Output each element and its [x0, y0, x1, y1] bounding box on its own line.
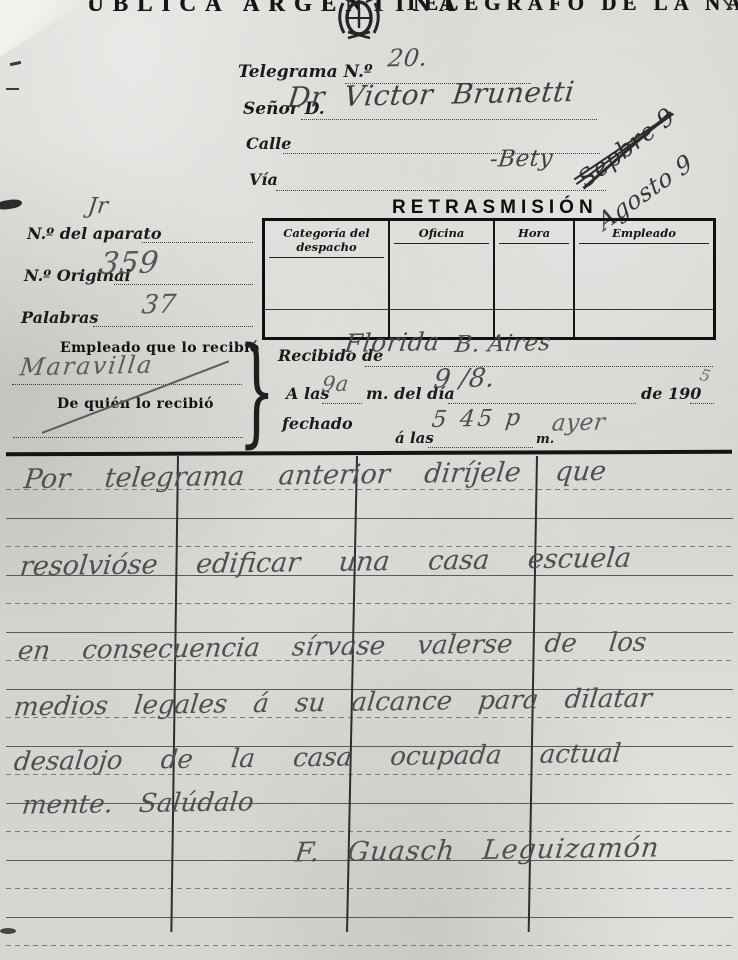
dia-line	[448, 403, 636, 404]
aparato-label: N.º del aparato	[27, 224, 162, 243]
recibido-de-place: Florida	[343, 327, 441, 358]
aparato-line	[142, 242, 253, 243]
header-underline	[579, 243, 709, 244]
message-line: resolvióse edificar una casa escuela	[18, 543, 632, 583]
original-number-value: 359	[98, 245, 161, 281]
ink-smudge	[0, 198, 22, 211]
ruled-line	[6, 518, 733, 519]
senor-line	[301, 119, 597, 120]
fechado-label: fechado	[282, 414, 353, 433]
empleado-line	[12, 384, 242, 385]
message-line: mente. Salúdalo	[20, 787, 255, 820]
column-header: Oficina	[390, 226, 493, 240]
header-underline	[499, 243, 569, 244]
de-quien-line	[13, 437, 243, 438]
header-underline	[269, 257, 384, 258]
a-las-time: 9a	[321, 372, 351, 397]
a-las2-line	[428, 447, 533, 448]
ruled-line	[6, 603, 733, 604]
ruled-line	[6, 945, 733, 946]
signature: F. Guasch Leguizamón	[293, 832, 661, 868]
telegrama-number-value: 20.	[386, 44, 429, 73]
column-header: Categoría del despacho	[265, 226, 388, 254]
table-column-empleado: Empleado	[573, 221, 713, 337]
retransmission-title: RETRASMISIÓN	[392, 197, 598, 219]
curly-brace: }	[238, 334, 276, 446]
stray-mark	[0, 928, 16, 934]
empleado-recibio-name: Maravilla	[18, 351, 155, 382]
recibido-de-line	[365, 366, 713, 367]
column-header: Hora	[495, 226, 573, 240]
senor-name-value: Dr Victor Brunetti	[286, 75, 576, 114]
aparato-note-value: Jr	[87, 194, 110, 219]
palabras-line	[93, 326, 253, 327]
recibido-de-city: B. Aires	[453, 330, 552, 358]
via-value: -Bety	[488, 145, 554, 172]
de-190-label: de 190	[641, 384, 701, 403]
a-las2-time: 5 45 p	[430, 405, 524, 433]
header-underline	[394, 243, 489, 244]
table-column-oficina: Oficina	[388, 221, 493, 337]
ruled-line	[6, 917, 733, 918]
de-190-line	[690, 403, 714, 404]
retransmission-table: Categoría del despacho Oficina Hora Empl…	[262, 218, 716, 340]
de-quien-label: De quién lo recibió	[57, 396, 214, 412]
original-line	[114, 284, 253, 285]
ruled-line	[6, 888, 733, 889]
header-title-right: TELÉGRAFO DE LA NACIÓN	[404, 0, 738, 16]
via-label: Vía	[249, 170, 278, 189]
table-column-hora: Hora	[493, 221, 573, 337]
de-190-scribble: 5	[698, 365, 713, 386]
column-header: Empleado	[575, 226, 713, 240]
calle-label: Calle	[246, 134, 291, 153]
dia-value: 9 /8.	[432, 363, 496, 394]
table-row-line	[265, 309, 713, 310]
a-las2-label: á las	[395, 429, 434, 447]
palabras-label: Palabras	[21, 308, 98, 327]
telegram-form-scan: REPÚBLICA ARGENTINA TELÉGRAFO DE LA NACI…	[0, 0, 738, 960]
table-column-categoria: Categoría del despacho	[265, 221, 388, 337]
via-line	[276, 190, 606, 191]
a-las-line	[322, 403, 362, 404]
stray-mark	[10, 61, 21, 66]
stray-mark	[6, 88, 19, 90]
palabras-count-value: 37	[140, 290, 178, 321]
coat-of-arms-icon	[330, 0, 388, 46]
ayer-note: ayer	[550, 409, 606, 436]
section-divider	[6, 450, 732, 457]
